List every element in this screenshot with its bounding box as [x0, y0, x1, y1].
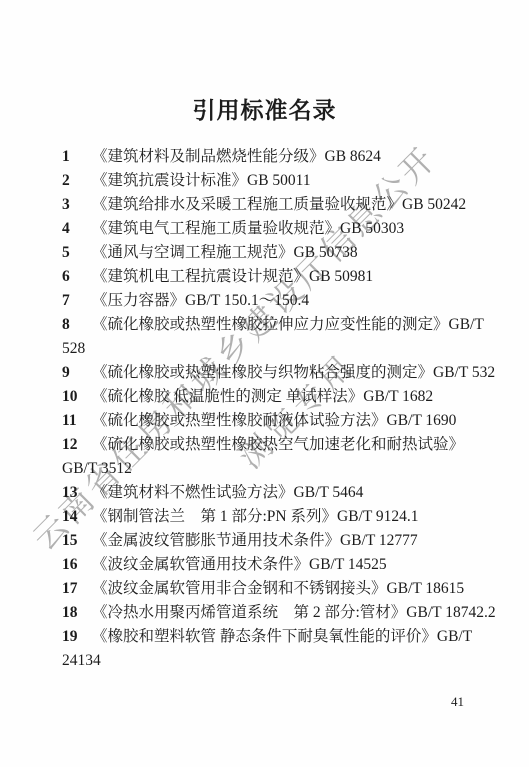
item-text: 《建筑机电工程抗震设计规范》GB 50981: [92, 265, 484, 289]
standards-list-line: 3 《建筑给排水及采暖工程施工质量验收规范》GB 50242: [62, 193, 484, 217]
item-text: 《建筑材料及制品燃烧性能分级》GB 8624: [92, 145, 484, 169]
item-text: 528: [62, 337, 484, 361]
item-number: 4: [62, 217, 92, 241]
standards-list-line: 5 《通风与空调工程施工规范》GB 50738: [62, 241, 484, 265]
item-number: 17: [62, 577, 92, 601]
page-title: 引用标准名录: [0, 92, 529, 125]
item-number: 1: [62, 145, 92, 169]
standards-list-line: 12 《硫化橡胶或热塑性橡胶热空气加速老化和耐热试验》: [62, 433, 484, 457]
item-text: 《金属波纹管膨胀节通用技术条件》GB/T 12777: [92, 529, 484, 553]
standards-list-line: 528: [62, 337, 484, 361]
item-number: 2: [62, 169, 92, 193]
standards-list-line: 11 《硫化橡胶或热塑性橡胶耐液体试验方法》GB/T 1690: [62, 409, 484, 433]
item-text: 《建筑给排水及采暖工程施工质量验收规范》GB 50242: [92, 193, 484, 217]
item-number: 14: [62, 505, 92, 529]
item-number: 10: [62, 385, 92, 409]
item-text: GB/T 3512: [62, 457, 484, 481]
item-text: 《冷热水用聚丙烯管道系统 第 2 部分:管材》GB/T 18742.2: [92, 601, 496, 625]
item-number: 19: [62, 625, 92, 649]
standards-list-line: 4 《建筑电气工程施工质量验收规范》GB 50303: [62, 217, 484, 241]
standards-list-line: 16 《波纹金属软管通用技术条件》GB/T 14525: [62, 553, 484, 577]
item-text: 《通风与空调工程施工规范》GB 50738: [92, 241, 484, 265]
item-text: 《建筑材料不燃性试验方法》GB/T 5464: [92, 481, 484, 505]
item-text: 《硫化橡胶或热塑性橡胶拉伸应力应变性能的测定》GB/T: [92, 313, 484, 337]
item-number: 16: [62, 553, 92, 577]
standards-list-line: 1 《建筑材料及制品燃烧性能分级》GB 8624: [62, 145, 484, 169]
item-number: 7: [62, 289, 92, 313]
item-text: 《硫化橡胶或热塑性橡胶与织物粘合强度的测定》GB/T 532: [92, 361, 495, 385]
item-number: 8: [62, 313, 92, 337]
standards-list-line: 17 《波纹金属软管用非合金钢和不锈钢接头》GB/T 18615: [62, 577, 484, 601]
item-number: 5: [62, 241, 92, 265]
standards-list-line: GB/T 3512: [62, 457, 484, 481]
document-page: 云南省住房和城乡建设厅信息公开 浏览专用 引用标准名录 1 《建筑材料及制品燃烧…: [0, 0, 529, 767]
standards-list-line: 15 《金属波纹管膨胀节通用技术条件》GB/T 12777: [62, 529, 484, 553]
standards-list-line: 8 《硫化橡胶或热塑性橡胶拉伸应力应变性能的测定》GB/T: [62, 313, 484, 337]
item-text: 《橡胶和塑料软管 静态条件下耐臭氧性能的评价》GB/T: [92, 625, 484, 649]
item-number: 6: [62, 265, 92, 289]
standards-list-line: 10 《硫化橡胶 低温脆性的测定 单试样法》GB/T 1682: [62, 385, 484, 409]
item-text: 《硫化橡胶或热塑性橡胶耐液体试验方法》GB/T 1690: [92, 409, 484, 433]
item-text: 《波纹金属软管通用技术条件》GB/T 14525: [92, 553, 484, 577]
item-text: 《压力容器》GB/T 150.1～150.4: [92, 289, 484, 313]
standards-list-line: 24134: [62, 649, 484, 673]
item-text: 《硫化橡胶或热塑性橡胶热空气加速老化和耐热试验》: [92, 433, 484, 457]
item-text: 《建筑抗震设计标准》GB 50011: [92, 169, 484, 193]
standards-list-line: 2 《建筑抗震设计标准》GB 50011: [62, 169, 484, 193]
standards-list-line: 13 《建筑材料不燃性试验方法》GB/T 5464: [62, 481, 484, 505]
item-number: 15: [62, 529, 92, 553]
standards-list-line: 14 《钢制管法兰 第 1 部分:PN 系列》GB/T 9124.1: [62, 505, 484, 529]
item-number: 13: [62, 481, 92, 505]
page-number: 41: [451, 694, 464, 710]
standards-list-line: 9 《硫化橡胶或热塑性橡胶与织物粘合强度的测定》GB/T 532: [62, 361, 484, 385]
item-number: 3: [62, 193, 92, 217]
item-number: 18: [62, 601, 92, 625]
item-text: 24134: [62, 649, 484, 673]
item-text: 《波纹金属软管用非合金钢和不锈钢接头》GB/T 18615: [92, 577, 484, 601]
standards-list-line: 7 《压力容器》GB/T 150.1～150.4: [62, 289, 484, 313]
standards-list-line: 6 《建筑机电工程抗震设计规范》GB 50981: [62, 265, 484, 289]
standards-list-line: 19 《橡胶和塑料软管 静态条件下耐臭氧性能的评价》GB/T: [62, 625, 484, 649]
item-number: 12: [62, 433, 92, 457]
item-number: 9: [62, 361, 92, 385]
item-text: 《钢制管法兰 第 1 部分:PN 系列》GB/T 9124.1: [92, 505, 484, 529]
item-number: 11: [62, 409, 92, 433]
item-text: 《建筑电气工程施工质量验收规范》GB 50303: [92, 217, 484, 241]
item-text: 《硫化橡胶 低温脆性的测定 单试样法》GB/T 1682: [92, 385, 484, 409]
standards-list: 1 《建筑材料及制品燃烧性能分级》GB 8624 2 《建筑抗震设计标准》GB …: [62, 145, 484, 673]
standards-list-line: 18 《冷热水用聚丙烯管道系统 第 2 部分:管材》GB/T 18742.2: [62, 601, 484, 625]
